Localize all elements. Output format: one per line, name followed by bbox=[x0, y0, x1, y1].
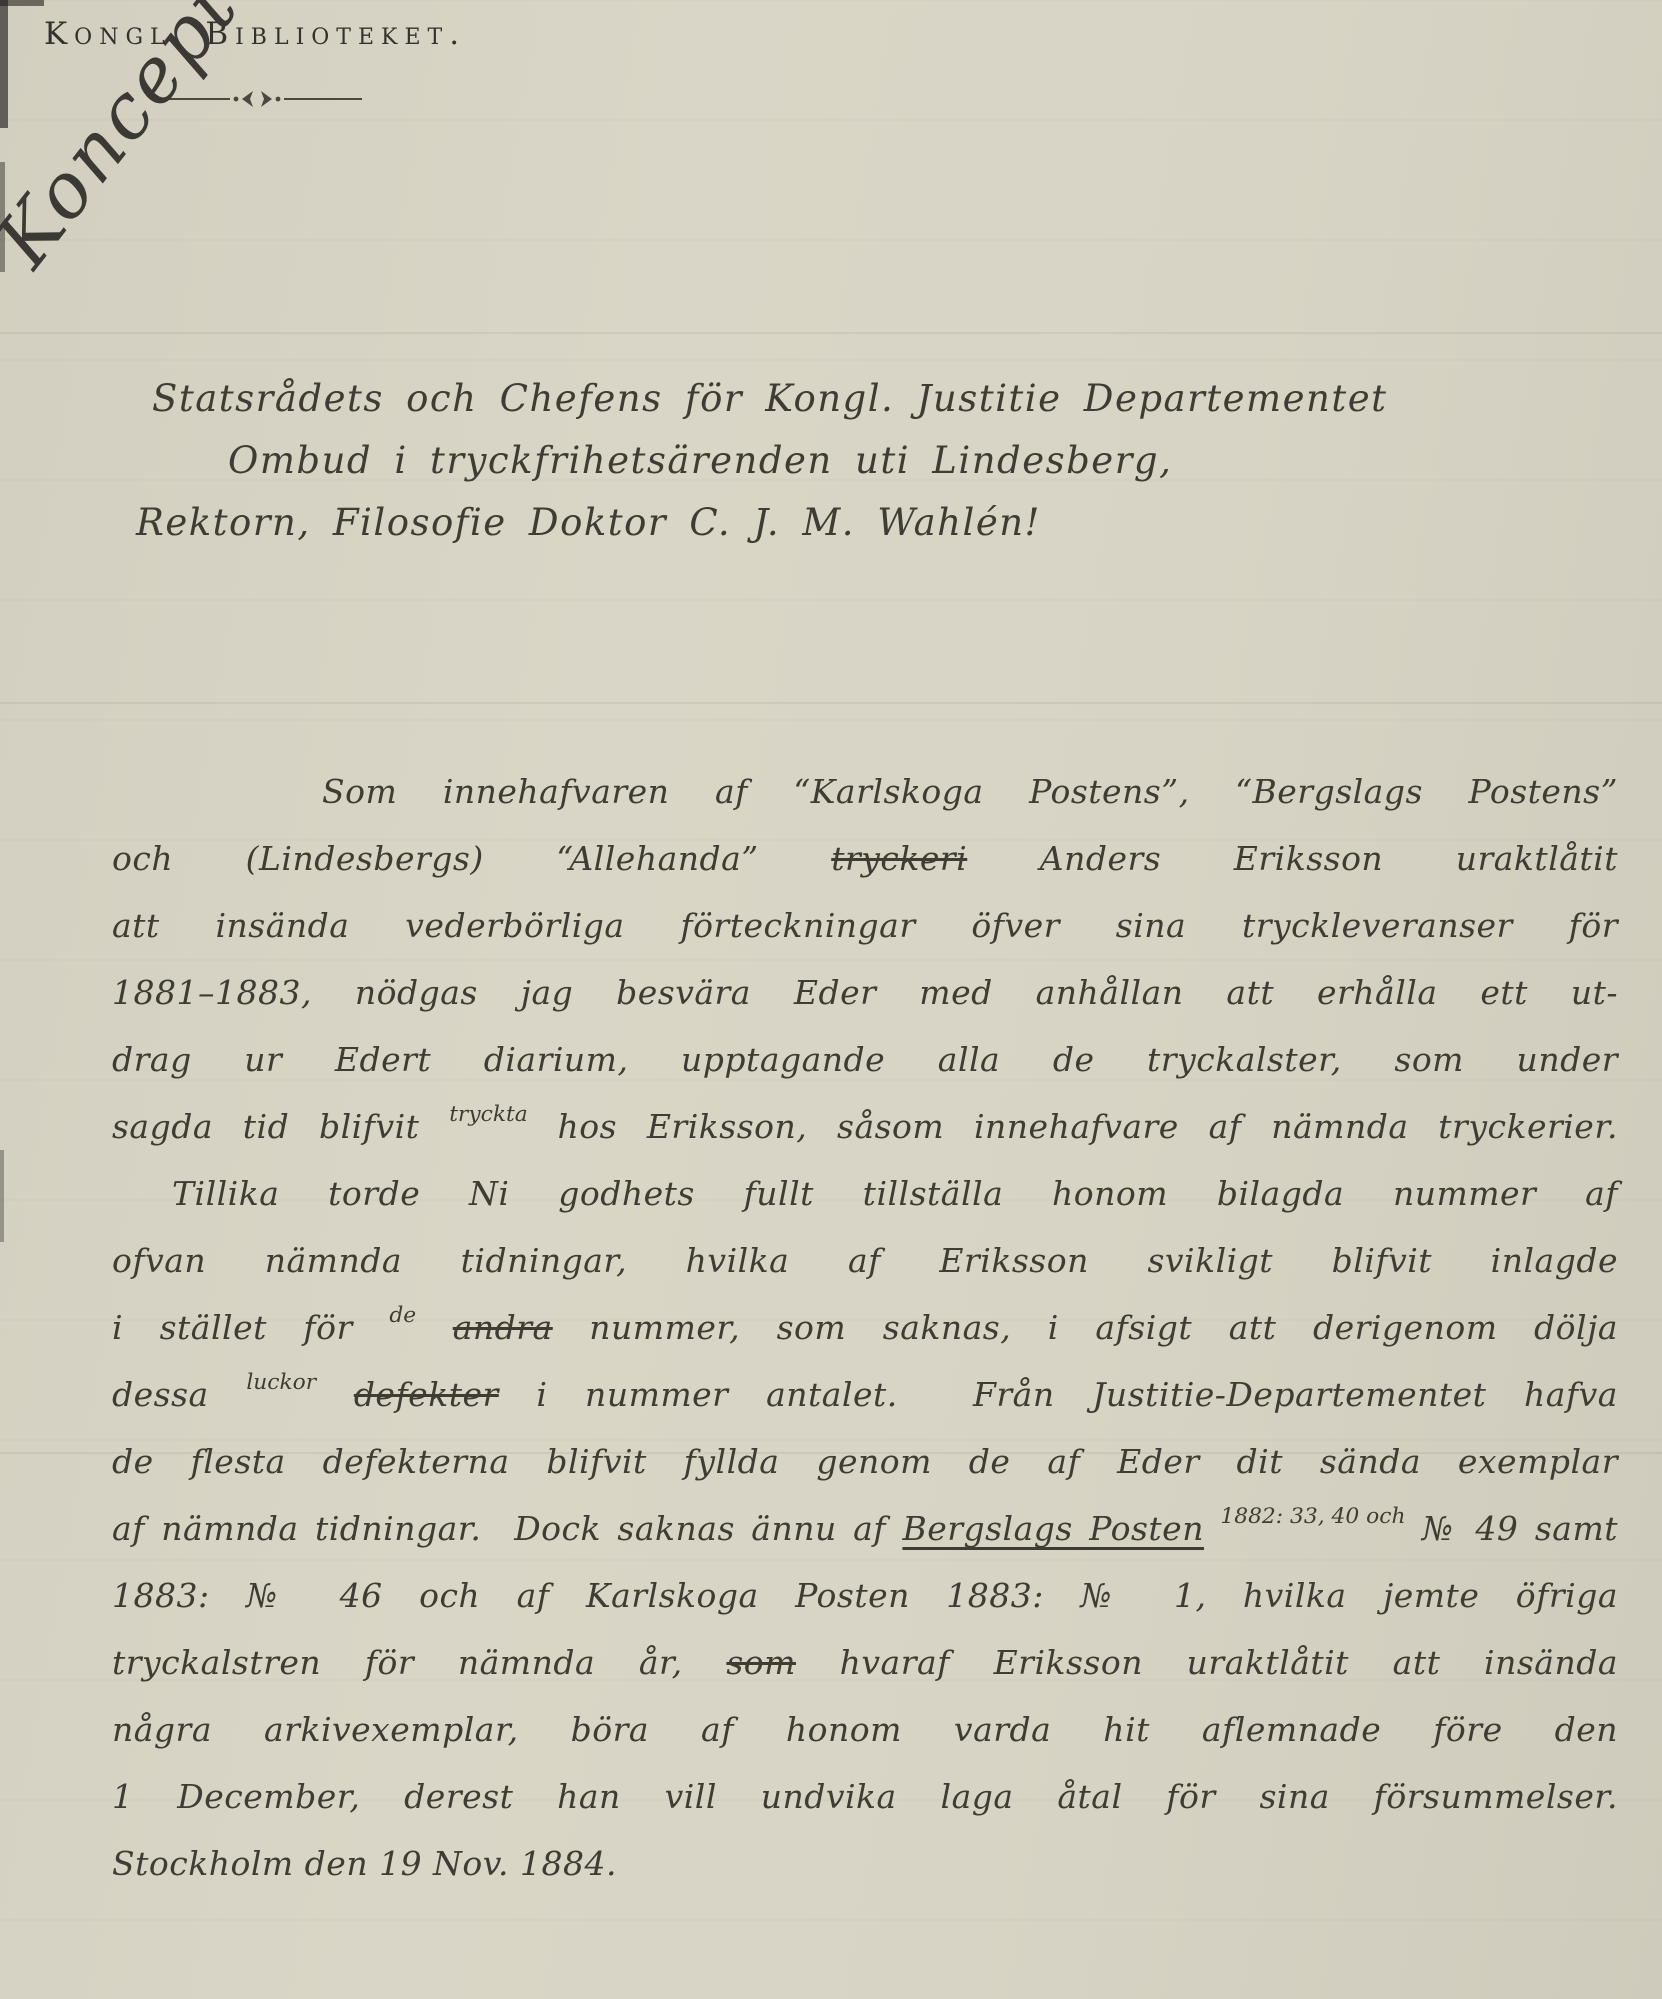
manuscript-line: några arkivexemplar, böra af honom varda… bbox=[112, 1696, 1618, 1763]
text-run: sagda tid blifvit bbox=[112, 1107, 449, 1146]
manuscript-line: sagda tid blifvit tryckta hos Eriksson, … bbox=[112, 1093, 1618, 1160]
manuscript-line: de flesta defekterna blifvit fyllda geno… bbox=[112, 1428, 1618, 1495]
text-run: hvaraf Eriksson uraktlåtit att insända bbox=[796, 1643, 1618, 1682]
manuscript-line: 1883: № 46 och af Karlskoga Posten 1883:… bbox=[112, 1562, 1618, 1629]
strikethrough-text: andra bbox=[453, 1308, 553, 1347]
manuscript-page: Kongl. Biblioteket. Koncept Statsrådets … bbox=[0, 0, 1662, 1999]
text-run: Som innehafvaren af “Karlskoga Postens”,… bbox=[322, 772, 1618, 811]
recipient-line: Ombud i tryckfrihetsärenden uti Lindesbe… bbox=[228, 430, 1388, 492]
strikethrough-text: som bbox=[726, 1643, 796, 1682]
manuscript-line: drag ur Edert diarium, upptagande alla d… bbox=[112, 1026, 1618, 1093]
text-run: de flesta defekterna blifvit fyllda geno… bbox=[112, 1442, 1618, 1481]
manuscript-line: 1881–1883, nödgas jag besvära Eder med a… bbox=[112, 959, 1618, 1026]
text-run: nummer, som saknas, i afsigt att derigen… bbox=[553, 1308, 1618, 1347]
manuscript-line: att insända vederbörliga förteckningar ö… bbox=[112, 892, 1618, 959]
text-run: Anders Eriksson uraktlåtit bbox=[967, 839, 1618, 878]
text-run: 1883: № 46 och af Karlskoga Posten 1883:… bbox=[112, 1576, 1618, 1615]
manuscript-line: dessa luckor defekter i nummer antalet. … bbox=[112, 1361, 1618, 1428]
strikethrough-text: tryckeri bbox=[831, 839, 967, 878]
text-run: 1881–1883, nödgas jag besvära Eder med a… bbox=[112, 973, 1618, 1012]
manuscript-line: Stockholm den 19 Nov. 1884. bbox=[112, 1830, 1618, 1897]
text-run bbox=[416, 1308, 453, 1347]
recipient-block: Statsrådets och Chefens för Kongl. Justi… bbox=[136, 368, 1388, 554]
manuscript-line: af nämnda tidningar. Dock saknas ännu af… bbox=[112, 1495, 1618, 1562]
text-run: dessa bbox=[112, 1375, 246, 1414]
scan-edge-artifact bbox=[0, 0, 44, 6]
text-run: hos Eriksson, såsom innehafvare af nämnd… bbox=[528, 1107, 1618, 1146]
text-run: drag ur Edert diarium, upptagande alla d… bbox=[112, 1040, 1618, 1079]
manuscript-line: tryckalstren för nämnda år, som hvaraf E… bbox=[112, 1629, 1618, 1696]
text-run bbox=[316, 1375, 354, 1414]
strikethrough-text: defekter bbox=[354, 1375, 499, 1414]
text-run: att insända vederbörliga förteckningar ö… bbox=[112, 906, 1618, 945]
text-run: och (Lindesbergs) “Allehanda” bbox=[112, 839, 831, 878]
recipient-line: Rektorn, Filosofie Doktor C. J. M. Wahlé… bbox=[136, 492, 1388, 554]
scan-edge-artifact bbox=[0, 0, 8, 128]
text-run bbox=[1204, 1509, 1220, 1548]
underlined-text: Bergslags Posten bbox=[902, 1509, 1204, 1548]
recipient-line: Statsrådets och Chefens för Kongl. Justi… bbox=[152, 368, 1388, 430]
manuscript-line: Som innehafvaren af “Karlskoga Postens”,… bbox=[112, 758, 1618, 825]
text-run: ofvan nämnda tidningar, hvilka af Erikss… bbox=[112, 1241, 1618, 1280]
text-run: af nämnda tidningar. Dock saknas ännu af bbox=[112, 1509, 902, 1548]
text-run: i nummer antalet. Från Justitie-Departem… bbox=[499, 1375, 1618, 1414]
text-run: № 49 samt bbox=[1405, 1509, 1618, 1548]
scan-edge-artifact bbox=[0, 1150, 4, 1242]
text-run: Tillika torde Ni godhets fullt tillställ… bbox=[172, 1174, 1618, 1213]
paper-fold-line bbox=[0, 702, 1662, 704]
manuscript-line: Tillika torde Ni godhets fullt tillställ… bbox=[112, 1160, 1618, 1227]
text-run: några arkivexemplar, böra af honom varda… bbox=[112, 1710, 1618, 1749]
manuscript-line: 1 December, derest han vill undvika laga… bbox=[112, 1763, 1618, 1830]
manuscript-line: och (Lindesbergs) “Allehanda” tryckeri A… bbox=[112, 825, 1618, 892]
text-run: 1 December, derest han vill undvika laga… bbox=[112, 1777, 1618, 1816]
letterhead-title: Kongl. Biblioteket. bbox=[44, 16, 466, 52]
text-run: tryckalstren för nämnda år, bbox=[112, 1643, 726, 1682]
text-run: i stället för bbox=[112, 1308, 389, 1347]
paper-fold-line bbox=[0, 332, 1662, 334]
letter-body: Som innehafvaren af “Karlskoga Postens”,… bbox=[112, 758, 1618, 1897]
manuscript-line: i stället för de andra nummer, som sakna… bbox=[112, 1294, 1618, 1361]
text-run: Stockholm den 19 Nov. 1884. bbox=[112, 1844, 617, 1883]
manuscript-line: ofvan nämnda tidningar, hvilka af Erikss… bbox=[112, 1227, 1618, 1294]
draft-annotation: Koncept bbox=[0, 0, 256, 283]
